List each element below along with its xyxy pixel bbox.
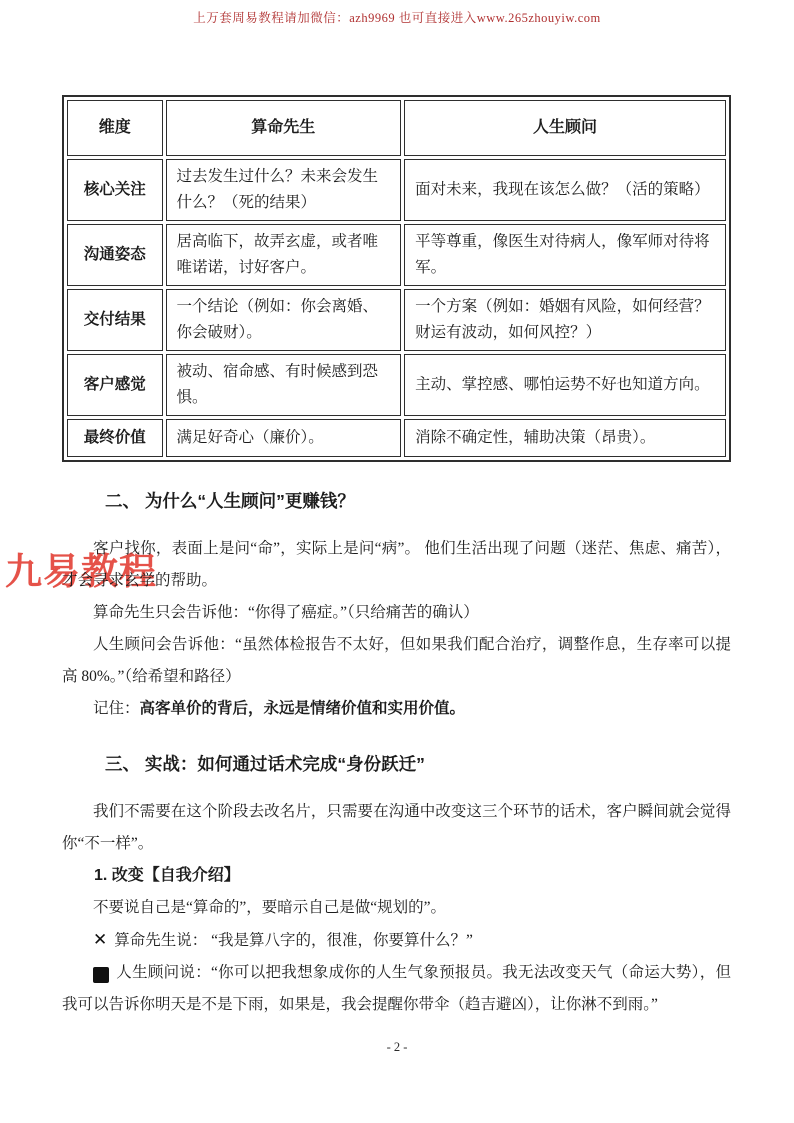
document-body: 维度 算命先生 人生顾问 核心关注 过去发生过什么？未来会发生什么？（死的结果）…	[62, 95, 731, 1021]
section2-paragraph-3: 人生顾问会告诉他：“虽然体检报告不太好，但如果我们配合治疗，调整作息，生存率可以…	[62, 629, 731, 693]
wrong-example-line: ✕算命先生说： “我是算八字的，很准，你要算什么？”	[62, 924, 731, 957]
remember-prefix: 记住：	[93, 700, 140, 717]
wrong-example-text: 算命先生说： “我是算八字的，很准，你要算什么？”	[114, 932, 473, 949]
cell-life-advisor: 平等尊重，像医生对待病人，像军师对待将军。	[404, 224, 726, 286]
cell-fortune-teller: 满足好奇心（廉价）。	[166, 419, 402, 457]
section2-heading: 二、 为什么“人生顾问”更赚钱？	[62, 488, 731, 513]
table-row: 最终价值 满足好奇心（廉价）。 消除不确定性，辅助决策（昂贵）。	[67, 419, 726, 457]
cell-life-advisor: 一个方案（例如：婚姻有风险，如何经营？财运有波动，如何风控？）	[404, 289, 726, 351]
right-example-text: 人生顾问说：“你可以把我想象成你的人生气象预报员。我无法改变天气（命运大势），但…	[62, 964, 731, 1013]
comparison-table: 维度 算命先生 人生顾问 核心关注 过去发生过什么？未来会发生什么？（死的结果）…	[62, 95, 731, 462]
table-header-fortune-teller: 算命先生	[166, 100, 402, 156]
table-row: 沟通姿态 居高临下，故弄玄虚，或者唯唯诺诺，讨好客户。 平等尊重，像医生对待病人…	[67, 224, 726, 286]
row-label: 客户感觉	[67, 354, 163, 416]
right-example-line: ✓人生顾问说：“你可以把我想象成你的人生气象预报员。我无法改变天气（命运大势），…	[62, 957, 731, 1021]
document-page: { "page": { "top_banner": "上万套周易教程请加微信：a…	[0, 0, 794, 1123]
cell-fortune-teller: 一个结论（例如：你会离婚、你会破财）。	[166, 289, 402, 351]
x-mark-icon: ✕	[93, 930, 107, 950]
row-label: 交付结果	[67, 289, 163, 351]
table-header-row: 维度 算命先生 人生顾问	[67, 100, 726, 156]
cell-life-advisor: 面对未来，我现在该怎么做？（活的策略）	[404, 159, 726, 221]
remember-bold-text: 高客单价的背后，永远是情绪价值和实用价值。	[140, 700, 466, 717]
table-row: 核心关注 过去发生过什么？未来会发生什么？（死的结果） 面对未来，我现在该怎么做…	[67, 159, 726, 221]
section3-heading: 三、 实战：如何通过话术完成“身份跃迁”	[62, 751, 731, 776]
section2-paragraph-1: 客户找你，表面上是问“命”，实际上是问“病”。 他们生活出现了问题（迷茫、焦虑、…	[62, 533, 731, 597]
table-header-life-advisor: 人生顾问	[404, 100, 726, 156]
cell-fortune-teller: 过去发生过什么？未来会发生什么？（死的结果）	[166, 159, 402, 221]
cell-fortune-teller: 被动、宿命感、有时候感到恐惧。	[166, 354, 402, 416]
row-label: 沟通姿态	[67, 224, 163, 286]
checkbox-checked-icon: ✓	[93, 967, 109, 983]
table-header-dimension: 维度	[67, 100, 163, 156]
row-label: 最终价值	[67, 419, 163, 457]
section2-remember-line: 记住：高客单价的背后，永远是情绪价值和实用价值。	[62, 693, 731, 725]
row-label: 核心关注	[67, 159, 163, 221]
cell-life-advisor: 主动、掌控感、哪怕运势不好也知道方向。	[404, 354, 726, 416]
cell-life-advisor: 消除不确定性，辅助决策（昂贵）。	[404, 419, 726, 457]
top-promo-banner: 上万套周易教程请加微信：azh9969 也可直接进入www.265zhouyiw…	[0, 8, 794, 26]
cell-fortune-teller: 居高临下，故弄玄虚，或者唯唯诺诺，讨好客户。	[166, 224, 402, 286]
section2-paragraph-2: 算命先生只会告诉他：“你得了癌症。”（只给痛苦的确认）	[62, 597, 731, 629]
section3-subheading-1: 1. 改变【自我介绍】	[62, 860, 731, 892]
page-number: - 2 -	[0, 1040, 794, 1055]
table-row: 客户感觉 被动、宿命感、有时候感到恐惧。 主动、掌控感、哪怕运势不好也知道方向。	[67, 354, 726, 416]
section3-sub1-paragraph: 不要说自己是“算命的”，要暗示自己是做“规划的”。	[62, 892, 731, 924]
section3-paragraph-1: 我们不需要在这个阶段去改名片，只需要在沟通中改变这三个环节的话术，客户瞬间就会觉…	[62, 796, 731, 860]
table-row: 交付结果 一个结论（例如：你会离婚、你会破财）。 一个方案（例如：婚姻有风险，如…	[67, 289, 726, 351]
